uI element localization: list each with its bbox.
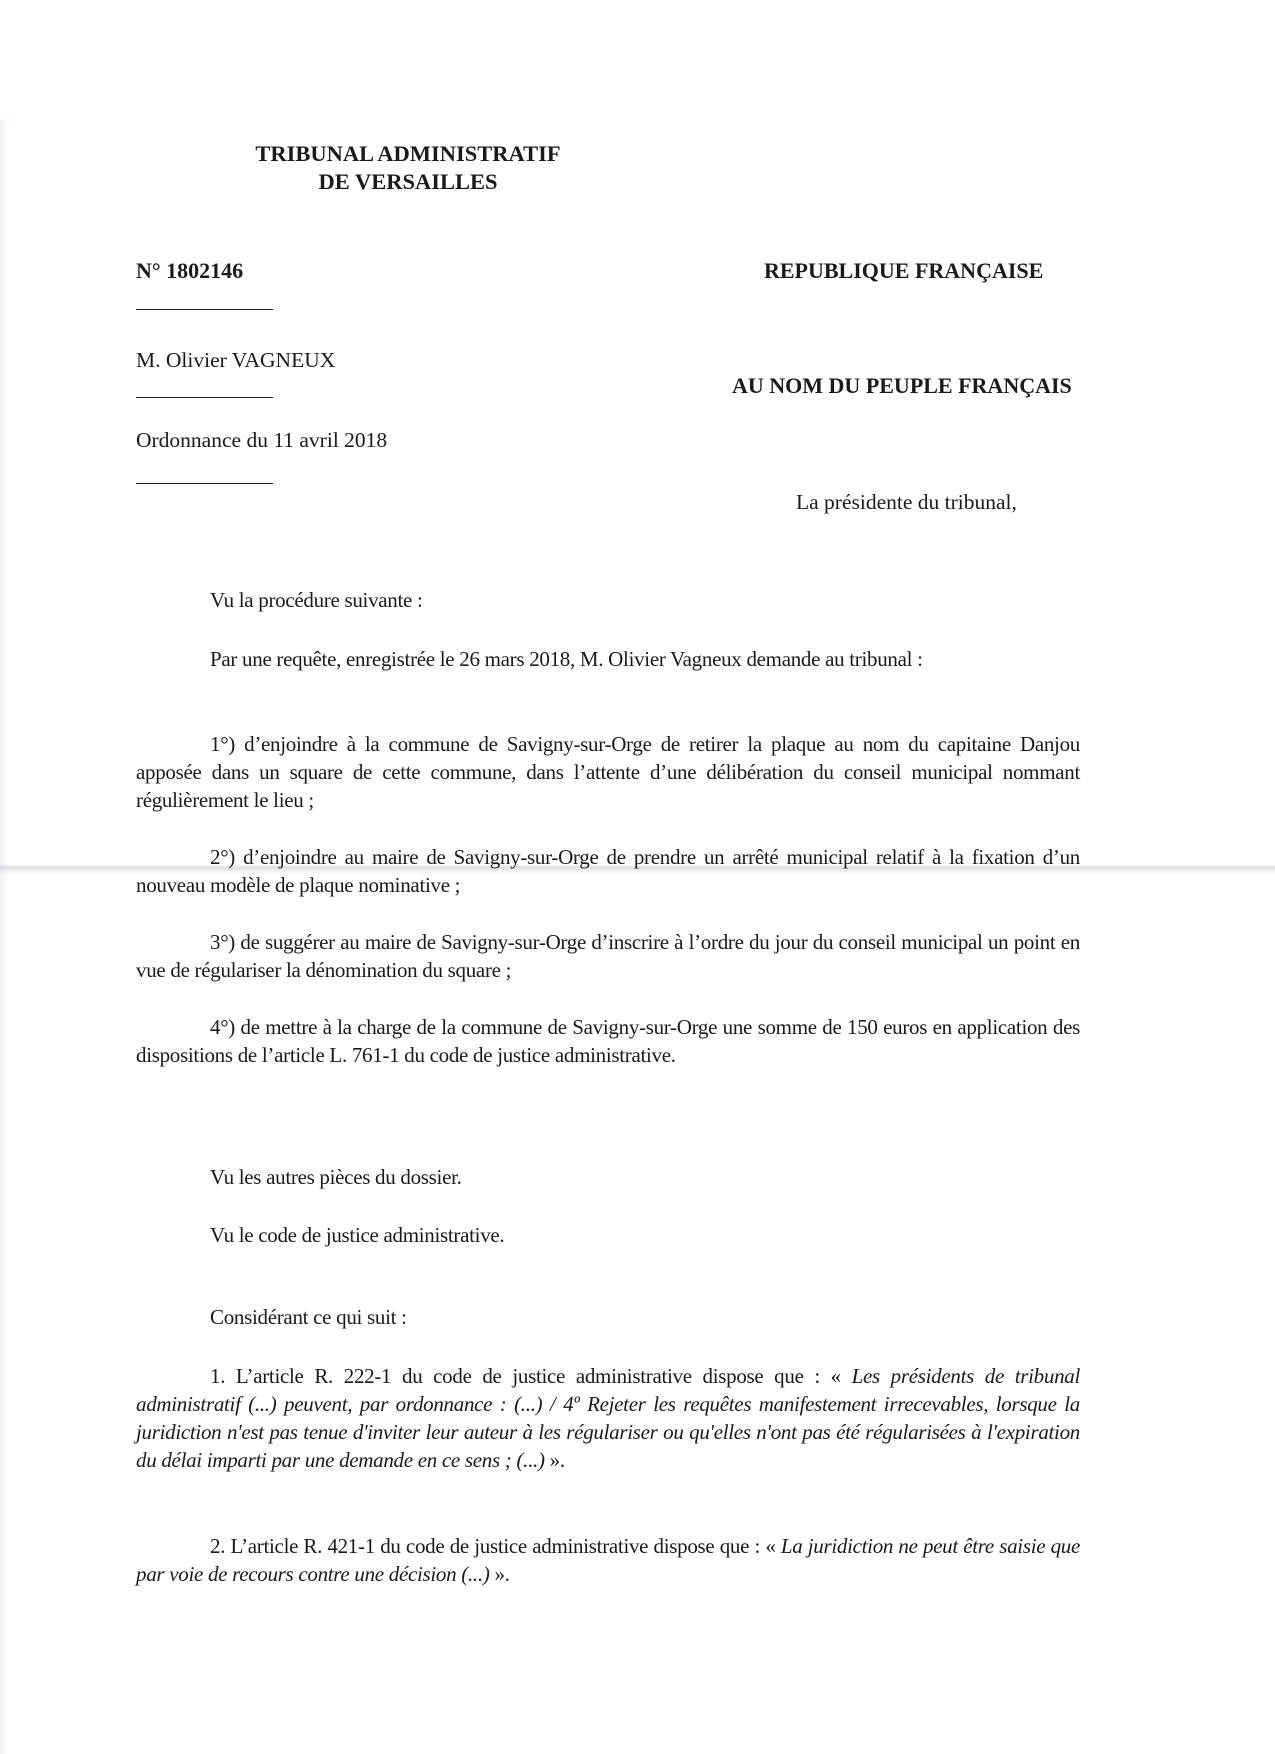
point-2-lead: 2. L’article R. 421-1 du code de justice… [210,1534,781,1558]
procedure-heading: Vu la procédure suivante : [136,586,1080,614]
court-name-line-2: DE VERSAILLES [218,168,598,196]
republic-heading: REPUBLIQUE FRANÇAISE [764,258,1043,284]
document-page: TRIBUNAL ADMINISTRATIF DE VERSAILLES N° … [0,0,1275,1754]
point-1-lead: 1. L’article R. 222-1 du code de justice… [210,1364,852,1388]
court-name: TRIBUNAL ADMINISTRATIF DE VERSAILLES [218,140,598,196]
separator-rule [136,397,273,398]
considering-heading: Considérant ce qui suit : [136,1303,1080,1331]
point-1: 1. L’article R. 222-1 du code de justice… [136,1362,1080,1474]
party-name: M. Olivier VAGNEUX [136,348,335,373]
demand-3: 3°) de suggérer au maire de Savigny-sur-… [136,928,1080,984]
people-heading: AU NOM DU PEUPLE FRANÇAIS [732,373,1072,399]
request-intro: Par une requête, enregistrée le 26 mars … [136,645,1080,673]
point-1-tail: ». [545,1448,565,1472]
seen-code: Vu le code de justice administrative. [136,1221,1080,1249]
order-date: Ordonnance du 11 avril 2018 [136,428,387,453]
demand-4: 4°) de mettre à la charge de la commune … [136,1013,1080,1069]
separator-rule [136,483,273,484]
point-2-tail: ». [490,1562,510,1586]
case-number: N° 1802146 [136,258,243,284]
demand-2: 2°) d’enjoindre au maire de Savigny-sur-… [136,843,1080,899]
point-2: 2. L’article R. 421-1 du code de justice… [136,1532,1080,1588]
scan-edge-shading [0,120,8,1754]
demand-1: 1°) d’enjoindre à la commune de Savigny-… [136,730,1080,814]
seen-other-documents: Vu les autres pièces du dossier. [136,1163,1080,1191]
court-name-line-1: TRIBUNAL ADMINISTRATIF [218,140,598,168]
president-line: La présidente du tribunal, [796,490,1017,515]
separator-rule [136,309,273,310]
